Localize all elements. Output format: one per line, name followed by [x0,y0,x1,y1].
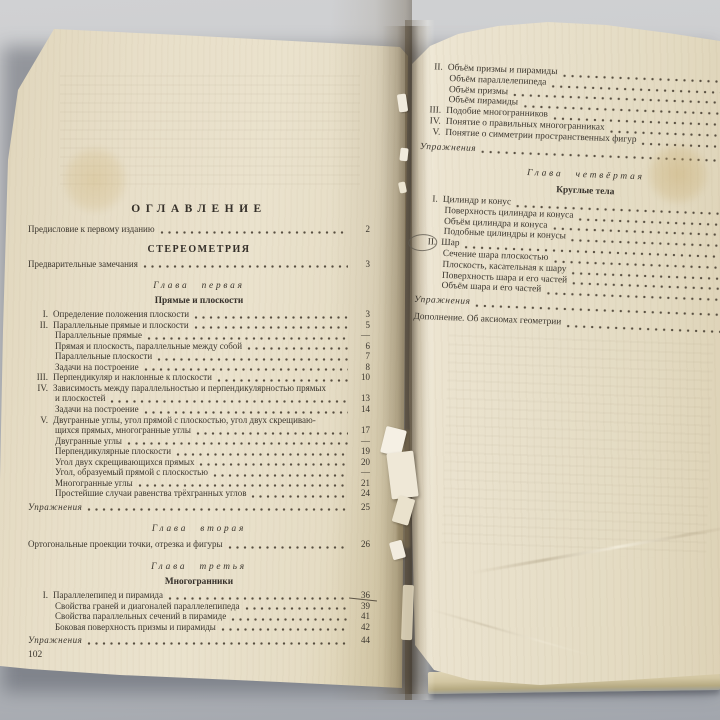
toc-sect: Многогранники [28,577,370,587]
toc-label: Угол двух скрещивающихся прямых [55,457,194,468]
toc-label: Упражнения [28,635,82,646]
toc-label: и плоскостей [55,393,105,404]
toc-label: Параллельные прямые и плоскости [53,320,189,331]
toc-label: Боковая поверхность призмы и пирамиды [55,622,216,633]
toc-label: Шар [441,238,460,249]
toc-label: Многогранные углы [55,478,133,489]
page-number: 44 [353,635,370,646]
roman-numeral: I. [28,309,48,320]
dot-leader [194,311,348,320]
left-page-toc: ОГЛАВЛЕНИЕПредисловие к первому изданию2… [28,202,370,646]
toc-label: Свойства граней и диагоналей параллелепи… [55,601,240,612]
toc-row: Упражнения25 [28,502,370,513]
toc-label: Задачи на построение [55,362,139,373]
dot-leader [157,353,348,362]
toc-label: Задачи на построение [55,404,139,415]
toc-row: Двугранные углы— [28,436,370,447]
toc-row: щихся прямых, многогранные углы17 [28,425,370,436]
torn-paper-piece [386,451,418,500]
dot-leader [144,363,348,372]
dot-leader [251,490,348,499]
toc-label: Определение положения плоскости [53,309,189,320]
toc-row: Перпендикулярные плоскости19 [28,446,370,457]
dot-leader [221,623,348,632]
dot-leader [481,146,720,165]
toc-row: Угол двух скрещивающихся прямых20 [28,457,370,468]
toc-label: Параллелепипед и пирамида [53,590,163,601]
toc-row: Параллельные плоскости7 [28,351,370,362]
page-number: 10 [353,372,370,383]
toc-row: I.Определение положения плоскости3 [28,309,370,320]
toc-label: Параллельные прямые [55,330,142,341]
toc-row: III.Перпендикуляр и наклонные к плоскост… [28,372,370,383]
roman-numeral: V. [28,415,48,426]
page-number: 26 [353,539,370,550]
page-number: 19 [353,446,370,457]
dot-leader [217,374,348,383]
roman-numeral: III. [421,105,441,117]
roman-numeral: II. [28,320,48,331]
roman-numeral: IV. [421,116,441,128]
toc-row: и плоскостей13 [28,393,370,404]
dot-leader [196,427,348,436]
toc-row: Боковая поверхность призмы и пирамиды42 [28,622,370,633]
toc-row: Параллельные прямые— [28,330,370,341]
photo-open-book: { "palette": { "table_surface": "#c9cacc… [0,0,720,720]
toc-row: V.Двугранные углы, угол прямой с плоскос… [28,415,370,426]
toc-row: Предварительные замечания3 [28,259,370,270]
dot-leader [247,342,348,351]
dot-leader [127,437,348,446]
roman-numeral: V. [420,127,440,139]
toc-label: Предисловие к первому изданию [28,224,155,235]
dot-leader [176,448,348,457]
page-number: — [353,436,370,447]
dot-leader [199,458,348,467]
page-number: 42 [353,622,370,633]
toc-label: Зависимость между параллельностью и перп… [53,383,326,394]
toc-row: Свойства граней и диагоналей параллелепи… [28,601,370,612]
dot-leader [641,137,720,150]
right-page-toc: II.Объём призмы и пирамидыОбъём параллел… [413,62,720,335]
dot-leader [213,469,348,478]
toc-label: Упражнения [28,502,82,513]
page-number: 3 [353,259,370,270]
dot-leader [87,503,348,512]
left-page-number: 102 [28,650,42,660]
toc-row: Простейшие случаи равенства трёхгранных … [28,488,370,499]
toc-part: СТЕРЕОМЕТРИЯ [28,244,370,255]
toc-chapter: Глава первая [28,281,370,291]
roman-numeral: II. [423,62,443,74]
torn-paper-piece [399,148,408,162]
page-number: 25 [353,502,370,513]
toc-label: Свойства параллельных сечений в пирамиде [55,611,226,622]
toc-row: Упражнения44 [28,635,370,646]
toc-label: Параллельные плоскости [55,351,152,362]
page-number: 17 [353,425,370,436]
page-number: 24 [353,488,370,499]
toc-row: Многогранные углы21 [28,478,370,489]
page-number: 13 [353,393,370,404]
toc-label: Простейшие случаи равенства трёхгранных … [55,488,246,499]
page-number: 39 [353,601,370,612]
toc-label: Двугранные углы [55,436,122,447]
dot-leader [147,332,348,341]
toc-label: щихся прямых, многогранные углы [55,425,191,436]
toc-label: Перпендикулярные плоскости [55,446,171,457]
toc-row: Ортогональные проекции точки, отрезка и … [28,539,370,550]
toc-label: Угол, образуемый прямой с плоскостью [55,467,208,478]
page-number: 7 [353,351,370,362]
toc-label: Объём шара и его частей [441,281,541,296]
roman-numeral: IV. [28,383,48,394]
dot-leader [231,613,348,622]
page-number: 41 [353,611,370,622]
roman-numeral: III. [28,372,48,383]
toc-chapter: Глава третья [28,562,370,572]
toc-label: Ортогональные проекции точки, отрезка и … [28,539,223,550]
dot-leader [168,592,348,601]
page-number: 5 [353,320,370,331]
toc-label: Двугранные углы, угол прямой с плоскость… [53,415,316,426]
toc-title: ОГЛАВЛЕНИЕ [28,202,370,216]
toc-label: Упражнения [420,142,477,155]
dot-leader [194,321,348,330]
page-number: 3 [353,309,370,320]
torn-paper-piece [401,585,414,640]
dot-leader [87,637,348,646]
toc-label: Предварительные замечания [28,259,138,270]
page-number: — [353,467,370,478]
toc-sect: Прямые и плоскости [28,296,370,306]
page-number-marked: 36 [353,590,370,601]
toc-label: Упражнения [414,295,471,308]
page-number: 8 [353,362,370,373]
toc-label: Прямая и плоскость, параллельные между с… [55,341,242,352]
dot-leader [138,479,348,488]
page-number: 6 [353,341,370,352]
toc-chapter: Глава вторая [28,524,370,534]
toc-row: IV.Зависимость между параллельностью и п… [28,383,370,394]
toc-row: II.Параллельные прямые и плоскости5 [28,320,370,331]
toc-row: Задачи на построение14 [28,404,370,415]
toc-row: Свойства параллельных сечений в пирамиде… [28,611,370,622]
dot-leader [143,260,348,269]
toc-row: Предисловие к первому изданию2 [28,224,370,235]
roman-numeral: I. [28,590,48,601]
toc-row: I.Параллелепипед и пирамида36 [28,590,370,601]
dot-leader [110,395,348,404]
page-number: — [353,330,370,341]
page-number: 20 [353,457,370,468]
roman-numeral-circled-annotation: II. [416,237,436,249]
toc-row: Задачи на построение8 [28,362,370,373]
dot-leader [245,602,349,611]
roman-numeral: I. [418,194,438,206]
toc-row: Угол, образуемый прямой с плоскостью— [28,467,370,478]
dot-leader [144,406,348,415]
page-number: 14 [353,404,370,415]
dot-leader [228,541,348,550]
dot-leader [160,226,348,235]
toc-label: Перпендикуляр и наклонные к плоскости [53,372,212,383]
page-number: 2 [353,224,370,235]
toc-row: Прямая и плоскость, параллельные между с… [28,341,370,352]
page-number: 21 [353,478,370,489]
